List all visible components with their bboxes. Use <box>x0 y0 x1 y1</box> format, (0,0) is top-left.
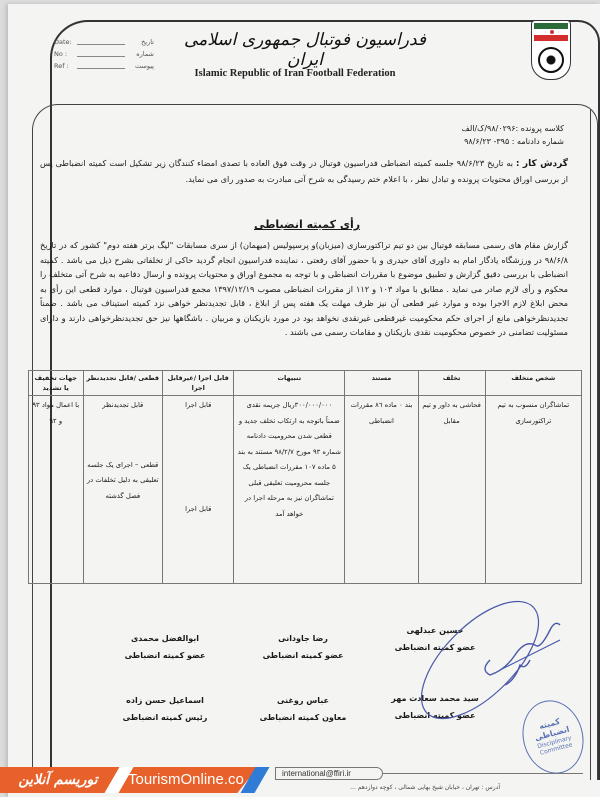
meta-fields: Date: تاریخ No : شماره Ref : پیوست <box>54 36 154 72</box>
meta-ref: Ref : پیوست <box>54 60 154 72</box>
watermark-brand-en: TourismOnline.co <box>128 768 253 792</box>
footer-address: آدرس : تهران ، خیابان شیخ بهایی شمالی ، … <box>300 784 500 791</box>
cell-person: تماشاگران منسوب به تیم تراکتورسازی <box>485 396 581 584</box>
verdict-paragraph: گزارش مقام های رسمی مسابقه فوتبال بین دو… <box>40 238 568 340</box>
signature-block: عباس روغنی معاون کمیته انضباطی <box>238 692 368 726</box>
verdict-table: شخص متخلف تخلف مستند تنبیهات قابل اجرا /… <box>28 370 582 584</box>
table-row: تماشاگران منسوب به تیم تراکتورسازی فحاشی… <box>29 396 582 584</box>
case-reference: کلاسه پرونده :۹۸/۰۲۹۶/ک/الف شماره دادنام… <box>462 122 564 148</box>
cell-basis: بند ۰ ماده ۸٦ مقررات انضباطی <box>345 396 418 584</box>
federation-logo-icon <box>531 20 571 80</box>
cell-executable: قابل اجرا قابل اجرا <box>163 396 234 584</box>
meta-number: No : شماره <box>54 48 154 60</box>
table-header-row: شخص متخلف تخلف مستند تنبیهات قابل اجرا /… <box>29 371 582 396</box>
proceedings-label: گردش کار : <box>516 159 568 169</box>
proceedings-paragraph: گردش کار : به تاریخ ۹۸/۶/۲۳ جلسه کمیته ا… <box>40 156 568 186</box>
org-title-fa: فدراسیون فوتبال جمهوری اسلامی ایران <box>170 30 440 70</box>
cell-penalty: ۳۰۰/۰۰۰/۰۰۰ریال جریمه نقدی ضمناً باتوجه … <box>234 396 345 584</box>
org-title-en: Islamic Republic of Iran Football Federa… <box>165 68 425 79</box>
watermark-brand-fa: توریسم آنلاین <box>8 768 108 792</box>
cell-finality: قابل تجدیدنظر قطعی – اجرای یک جلسه تعلیق… <box>83 396 163 584</box>
signature-block: ابوالفضل محمدی عضو کمیته انضباطی <box>100 630 230 664</box>
file-class: کلاسه پرونده :۹۸/۰۲۹۶/ک/الف <box>462 122 564 135</box>
verdict-title: رأی کمیته انضباطی <box>38 218 576 231</box>
verdict-number: شماره دادنامه : ۳۹۵- ۹۸/۶/۲۳ <box>462 135 564 148</box>
signature-block: اسماعیل حسن زاده رئیس کمیته انضباطی <box>100 692 230 726</box>
signature-block: رضا جاودانی عضو کمیته انضباطی <box>238 630 368 664</box>
meta-date: Date: تاریخ <box>54 36 154 48</box>
cell-offense: فحاشی به داور و تیم مقابل <box>418 396 485 584</box>
cell-mitigation: با اعمال مواد ۹۳ و ۹۲ <box>29 396 84 584</box>
football-icon <box>538 47 564 73</box>
footer-email[interactable]: international@ffiri.ir <box>275 767 383 780</box>
